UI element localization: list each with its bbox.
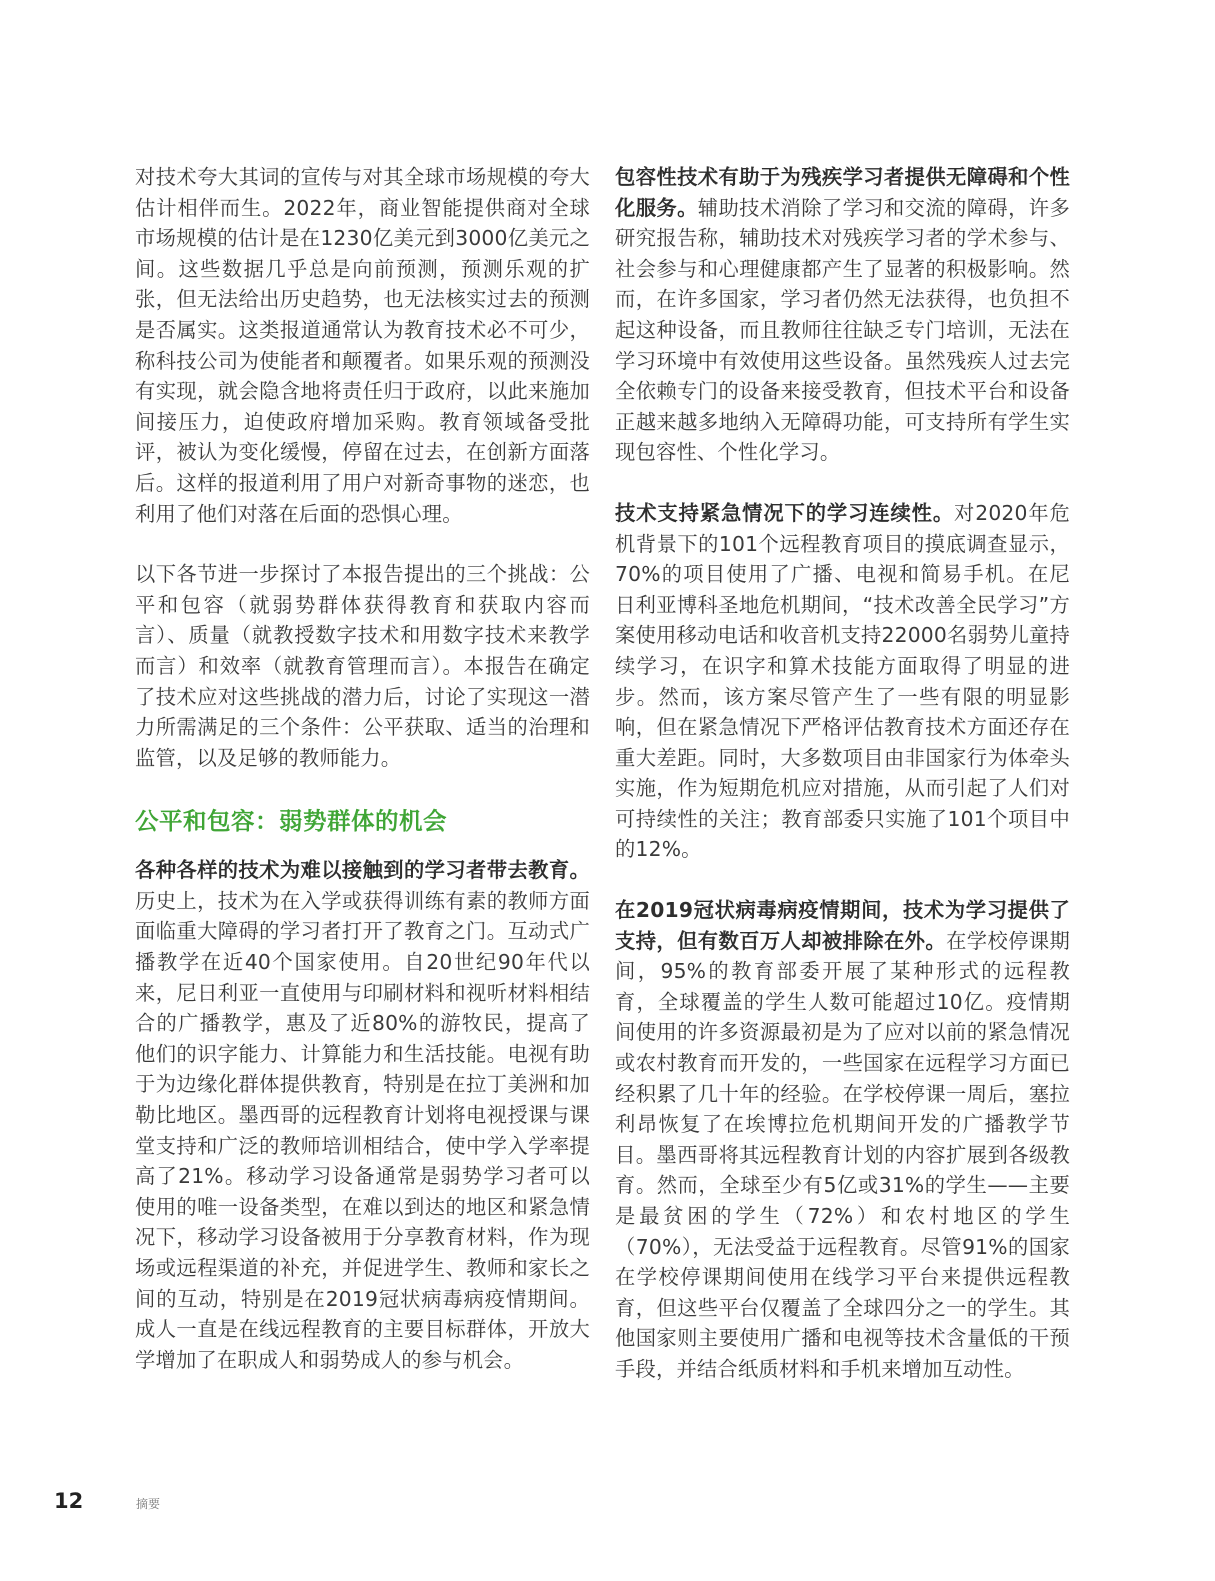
section-heading: 公平和包容：弱势群体的机会	[135, 803, 590, 839]
paragraph-emergency-continuity: 技术支持紧急情况下的学习连续性。对2020年危机背景下的101个远程教育项目的摸…	[615, 498, 1070, 865]
paragraph-text: 对2020年危机背景下的101个远程教育项目的摸底调查显示，70%的项目使用了广…	[615, 501, 1070, 862]
paragraph-three-challenges: 以下各节进一步探讨了本报告提出的三个挑战：公平和包容（就弱势群体获得教育和获取内…	[135, 559, 590, 773]
paragraph-text: 对技术夸大其词的宣传与对其全球市场规模的夸大估计相伴而生。2022年，商业智能提…	[135, 165, 590, 526]
paragraph-text: 在学校停课期间，95%的教育部委开展了某种形式的远程教育，全球覆盖的学生人数可能…	[615, 929, 1070, 1381]
footer-section-label: 摘要	[136, 1495, 160, 1512]
paragraph-lead: 各种各样的技术为难以接触到的学习者带去教育。	[135, 858, 590, 882]
paragraph-hard-to-reach: 各种各样的技术为难以接触到的学习者带去教育。历史上，技术为在入学或获得训练有素的…	[135, 855, 590, 1375]
page-number: 12	[54, 1489, 83, 1513]
paragraph-market-hype: 对技术夸大其词的宣传与对其全球市场规模的夸大估计相伴而生。2022年，商业智能提…	[135, 162, 590, 529]
left-column: 对技术夸大其词的宣传与对其全球市场规模的夸大估计相伴而生。2022年，商业智能提…	[135, 162, 590, 1405]
paragraph-inclusive-tech: 包容性技术有助于为残疾学习者提供无障碍和个性化服务。辅助技术消除了学习和交流的障…	[615, 162, 1070, 468]
paragraph-text: 以下各节进一步探讨了本报告提出的三个挑战：公平和包容（就弱势群体获得教育和获取内…	[135, 562, 590, 770]
right-column: 包容性技术有助于为残疾学习者提供无障碍和个性化服务。辅助技术消除了学习和交流的障…	[615, 162, 1070, 1415]
paragraph-lead: 技术支持紧急情况下的学习连续性。	[615, 501, 954, 525]
paragraph-text: 辅助技术消除了学习和交流的障碍，许多研究报告称，辅助技术对残疾学习者的学术参与、…	[615, 196, 1070, 465]
paragraph-text: 历史上，技术为在入学或获得训练有素的教师方面面临重大障碍的学习者打开了教育之门。…	[135, 889, 590, 1372]
paragraph-covid-learning: 在2019冠状病毒病疫情期间，技术为学习提供了支持，但有数百万人却被排除在外。在…	[615, 895, 1070, 1385]
